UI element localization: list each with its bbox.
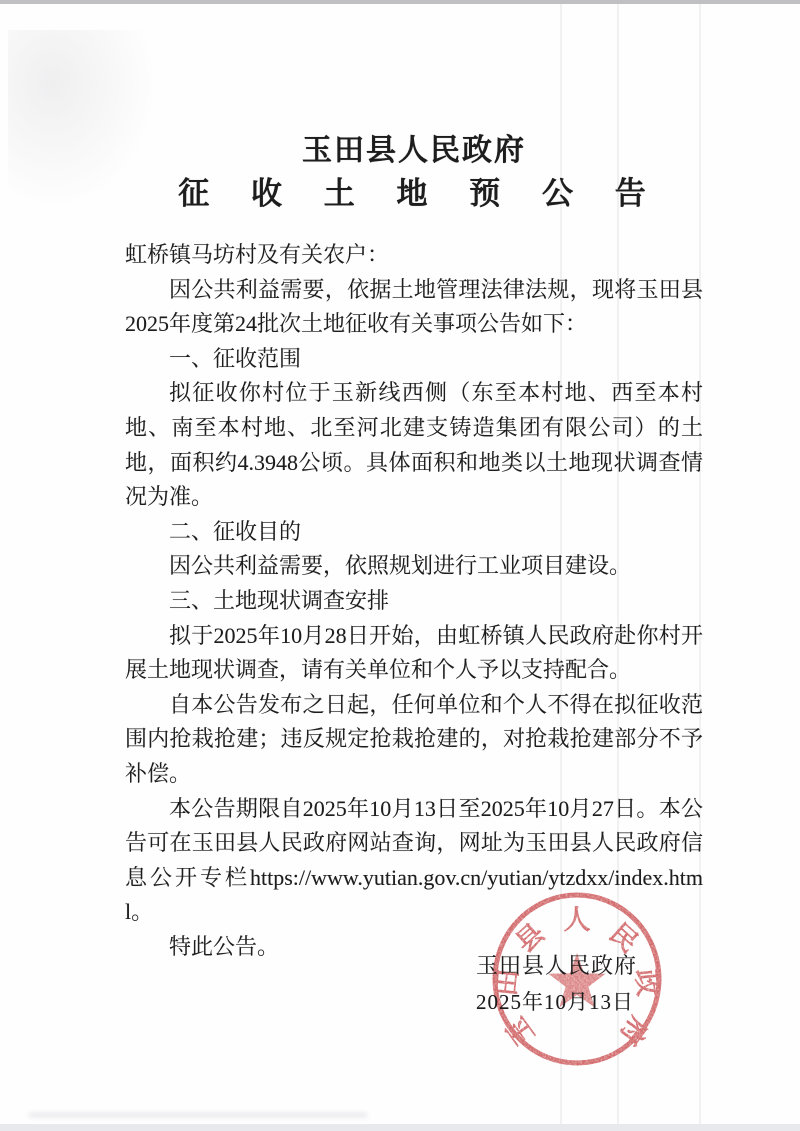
scan-bottom-smudge [28,1112,368,1118]
signature-date: 2025年10月13日 [476,986,634,1016]
scanned-document-page: 玉田县人民政府 征 收 土 地 预 公 告 虹桥镇马坊村及有关农户： 因公共利益… [0,0,800,1131]
paragraph: 拟于2025年10月28日开始，由虹桥镇人民政府赴你村开展土地现状调查，请有关单… [125,619,703,688]
paragraph: 自本公告发布之日起，任何单位和个人不得在拟征收范围内抢栽抢建；违反规定抢栽抢建的… [125,688,703,792]
section-heading: 一、征收范围 [125,342,703,377]
signature-issuer: 玉田县人民政府 [476,949,637,980]
section-heading: 二、征收目的 [125,515,703,550]
section-heading: 三、土地现状调查安排 [125,584,703,619]
paragraph: 拟征收你村位于玉新线西侧（东至本村地、西至本村地、南至本村地、北至河北建支铸造集… [125,376,703,514]
document-title-line2: 征 收 土 地 预 公 告 [125,174,703,214]
document-title-line1: 玉田县人民政府 [125,132,703,170]
document-title-block: 玉田县人民政府 征 收 土 地 预 公 告 [125,132,703,214]
scan-bottom-bar [0,1124,800,1131]
document-body: 虹桥镇马坊村及有关农户： 因公共利益需要，依据土地管理法律法规，现将玉田县202… [125,238,703,964]
scan-top-bar [0,0,800,4]
salutation: 虹桥镇马坊村及有关农户： [125,238,703,273]
paragraph: 因公共利益需要，依据土地管理法律法规，现将玉田县2025年度第24批次土地征收有… [125,273,703,342]
paragraph: 因公共利益需要，依照规划进行工业项目建设。 [125,549,703,584]
body-paragraphs: 因公共利益需要，依据土地管理法律法规，现将玉田县2025年度第24批次土地征收有… [125,273,703,965]
seal-rim-char: 人 [564,905,591,935]
